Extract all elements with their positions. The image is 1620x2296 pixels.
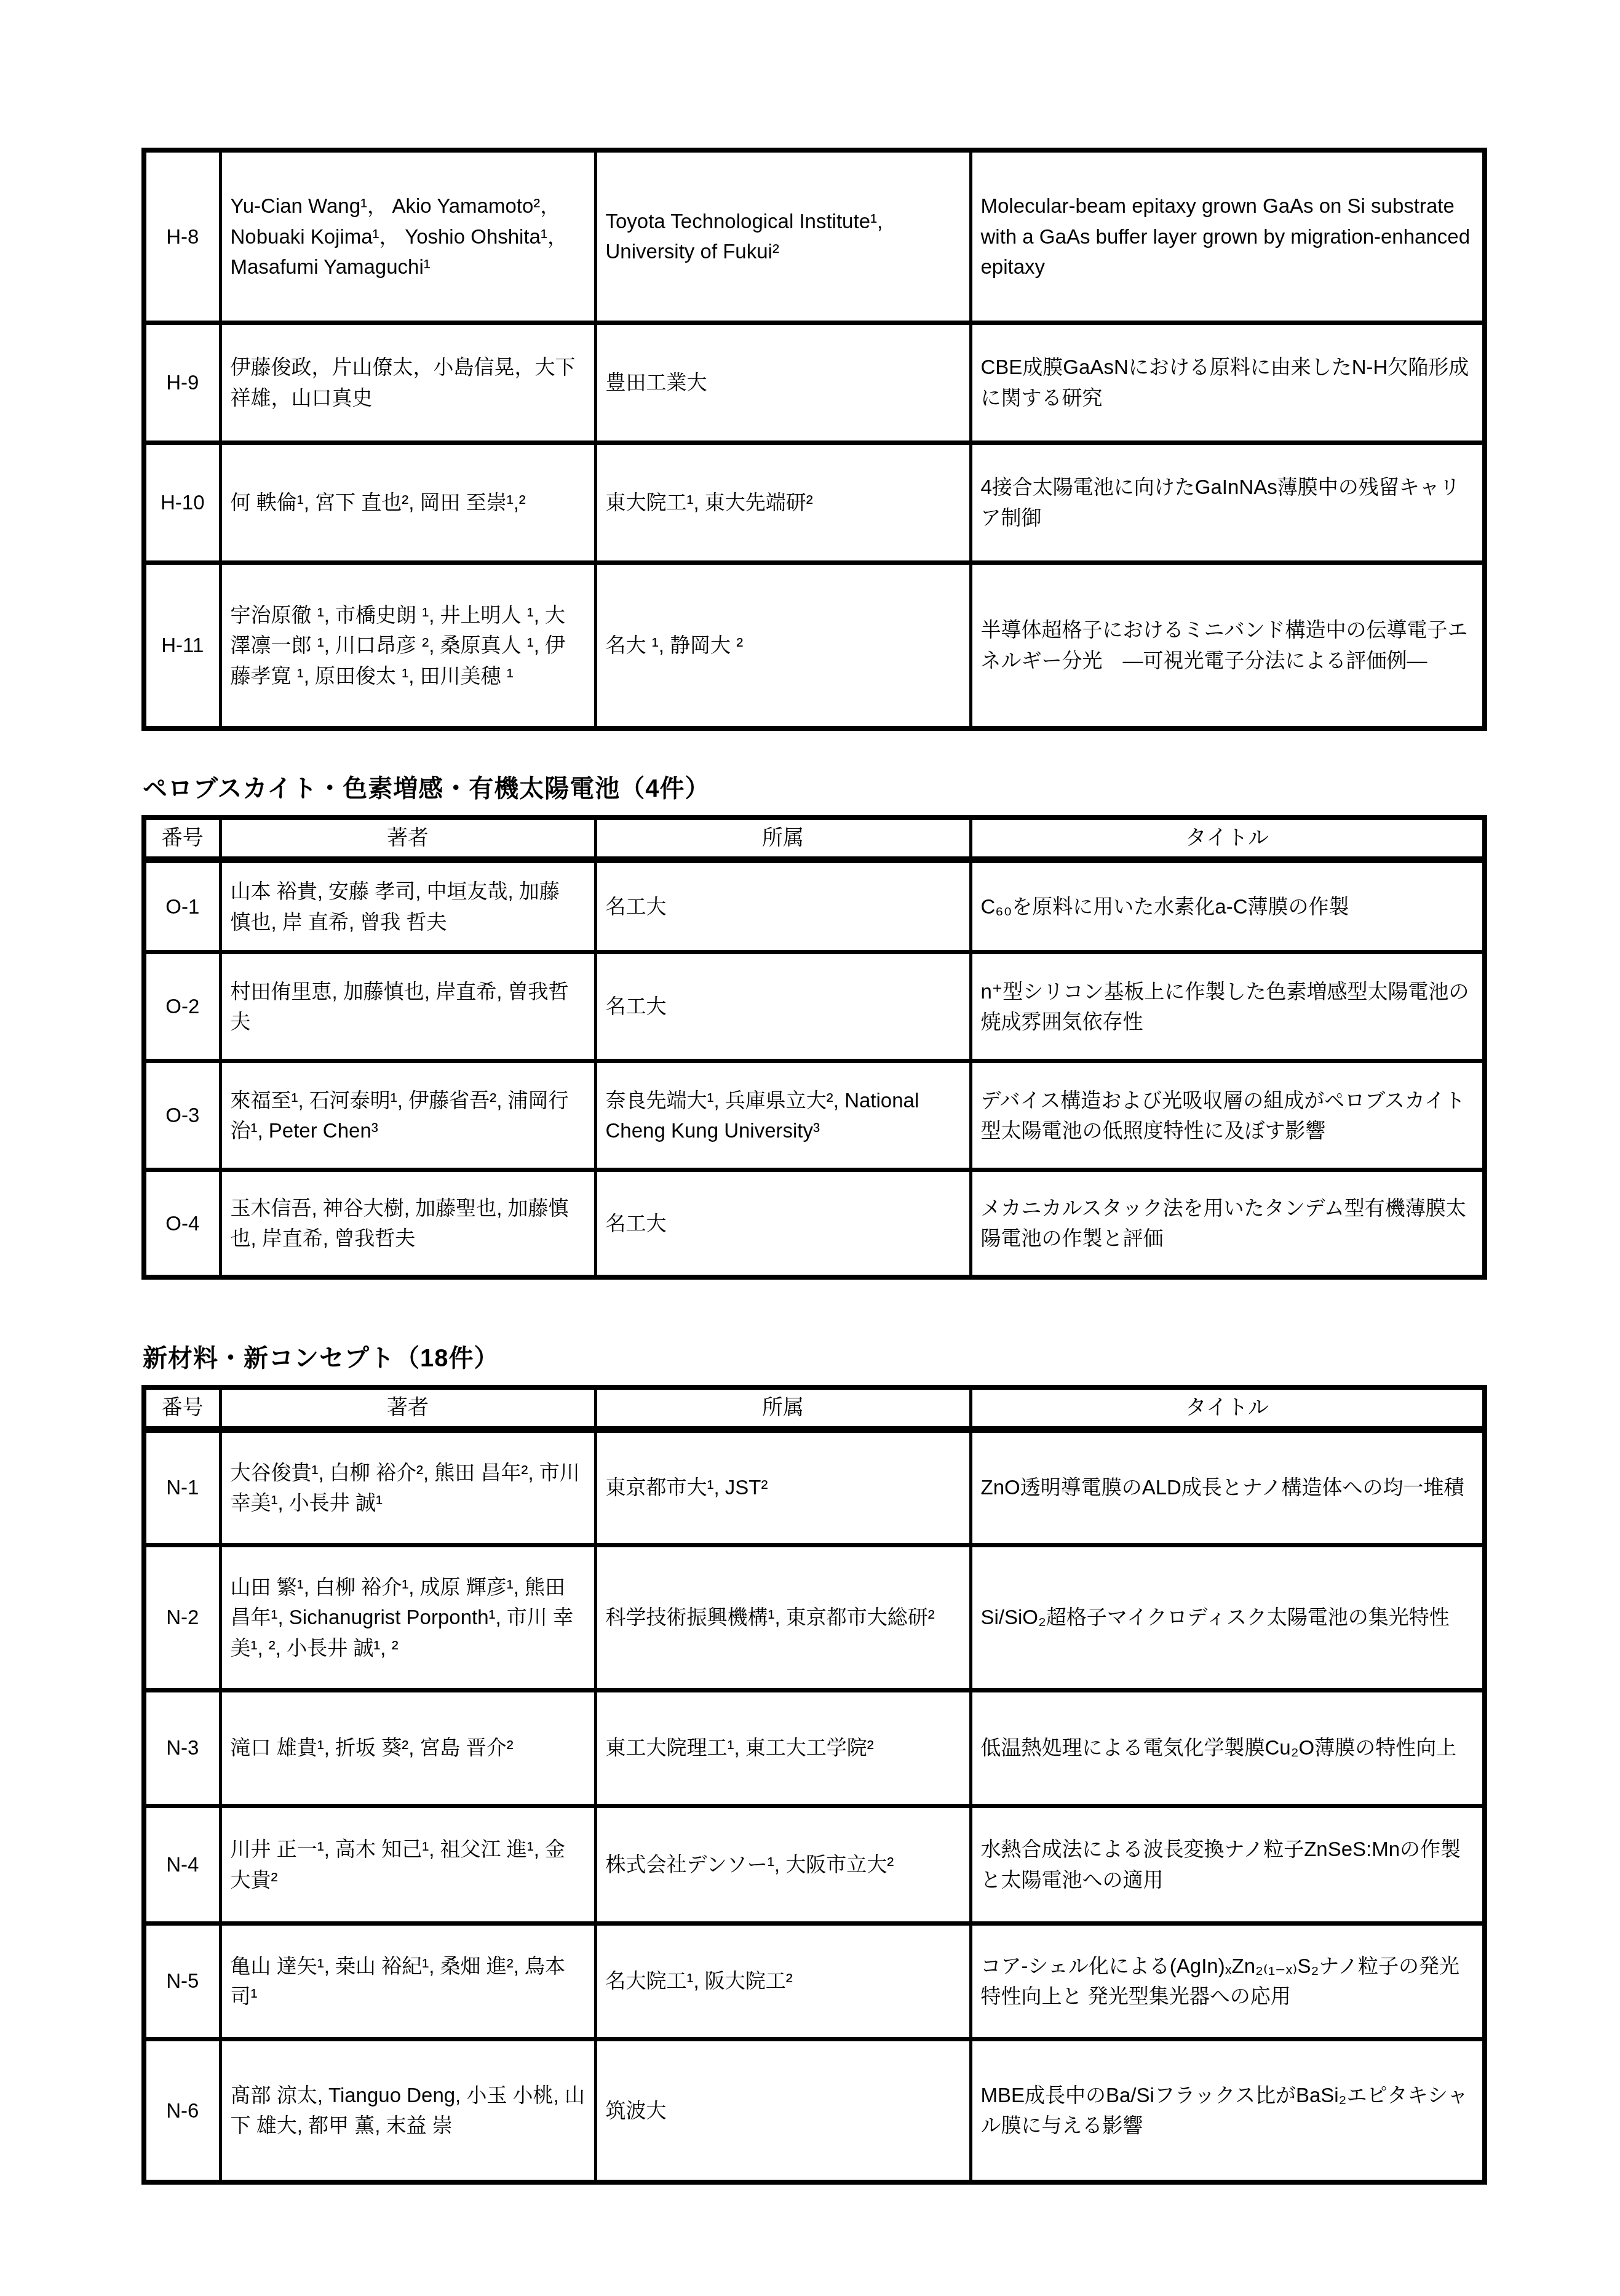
program-content: H-8 Yu-Cian Wang¹， Akio Yamamoto²， Nobua… <box>141 148 1482 2185</box>
row-number-cell: N-1 <box>144 1429 220 1545</box>
header-affiliation: 所属 <box>595 818 971 860</box>
authors-cell: 川井 正一¹, 高木 知己¹, 祖父江 進¹, 金 大貴² <box>220 1806 595 1923</box>
paper-title-cell: Si/SiO₂超格子マイクロディスク太陽電池の集光特性 <box>971 1545 1485 1690</box>
document-page: H-8 Yu-Cian Wang¹， Akio Yamamoto²， Nobua… <box>0 0 1620 2296</box>
paper-title-cell: 半導体超格子におけるミニバンド構造中の伝導電子エネルギー分光 ―可視光電子分法に… <box>971 562 1485 728</box>
session-n-table: 番号 著者 所属 タイトル N-1 大谷俊貴¹, 白柳 裕介², 熊田 昌年²,… <box>141 1385 1487 2185</box>
header-number: 番号 <box>144 1387 220 1430</box>
table-row: O-1 山本 裕貴, 安藤 孝司, 中垣友哉, 加藤 慎也, 岸 直希, 曾我 … <box>144 860 1485 952</box>
table-row: N-5 亀山 達矢¹, 桒山 裕紀¹, 桑畑 進², 鳥本 司¹ 名大院工¹, … <box>144 1923 1485 2039</box>
table-row: O-2 村田侑里恵, 加藤慎也, 岸直希, 曽我哲夫 名工大 n⁺型シリコン基板… <box>144 952 1485 1061</box>
affiliation-cell: 株式会社デンソー¹, 大阪市立大² <box>595 1806 971 1923</box>
table-row: N-4 川井 正一¹, 高木 知己¹, 祖父江 進¹, 金 大貴² 株式会社デン… <box>144 1806 1485 1923</box>
affiliation-cell: 名工大 <box>595 952 971 1061</box>
row-number-cell: H-9 <box>144 322 220 442</box>
affiliation-cell: 科学技術振興機構¹, 東京都市大総研² <box>595 1545 971 1690</box>
authors-cell: Yu-Cian Wang¹， Akio Yamamoto²， Nobuaki K… <box>220 150 595 322</box>
authors-cell: 亀山 達矢¹, 桒山 裕紀¹, 桑畑 進², 鳥本 司¹ <box>220 1923 595 2039</box>
header-title: タイトル <box>971 1387 1485 1430</box>
affiliation-cell: 名大 ¹, 静岡大 ² <box>595 562 971 728</box>
affiliation-cell: 名工大 <box>595 1170 971 1277</box>
header-affiliation: 所属 <box>595 1387 971 1430</box>
header-authors: 著者 <box>220 818 595 860</box>
table-header-row: 番号 著者 所属 タイトル <box>144 818 1485 860</box>
table-row: N-2 山田 繁¹, 白柳 裕介¹, 成原 輝彦¹, 熊田 昌年¹, Sicha… <box>144 1545 1485 1690</box>
row-number-cell: H-8 <box>144 150 220 322</box>
header-number: 番号 <box>144 818 220 860</box>
paper-title-cell: CBE成膜GaAsNにおける原料に由来したN-H欠陥形成に関する研究 <box>971 322 1485 442</box>
affiliation-cell: 東工大院理工¹, 東工大工学院² <box>595 1690 971 1806</box>
row-number-cell: O-1 <box>144 860 220 952</box>
paper-title-cell: MBE成長中のBa/Siフラックス比がBaSi₂エピタキシャル膜に与える影響 <box>971 2039 1485 2182</box>
paper-title-cell: コア-シェル化による(AgIn)ₓZn₂₍₁₋ₓ₎S₂ナノ粒子の発光特性向上と … <box>971 1923 1485 2039</box>
authors-cell: 山田 繁¹, 白柳 裕介¹, 成原 輝彦¹, 熊田 昌年¹, Sichanugr… <box>220 1545 595 1690</box>
header-title: タイトル <box>971 818 1485 860</box>
authors-cell: 伊藤俊政，片山僚太，小島信晃，大下祥雄，山口真史 <box>220 322 595 442</box>
authors-cell: 山本 裕貴, 安藤 孝司, 中垣友哉, 加藤 慎也, 岸 直希, 曾我 哲夫 <box>220 860 595 952</box>
row-number-cell: N-6 <box>144 2039 220 2182</box>
row-number-cell: N-4 <box>144 1806 220 1923</box>
authors-cell: 玉木信吾, 神谷大樹, 加藤聖也, 加藤慎也, 岸直希, 曾我哲夫 <box>220 1170 595 1277</box>
section-heading-new-materials: 新材料・新コンセプト（18件） <box>143 1339 1482 1374</box>
row-number-cell: N-5 <box>144 1923 220 2039</box>
table-row: N-3 滝口 雄貴¹, 折坂 葵², 宮島 晋介² 東工大院理工¹, 東工大工学… <box>144 1690 1485 1806</box>
authors-cell: 村田侑里恵, 加藤慎也, 岸直希, 曽我哲夫 <box>220 952 595 1061</box>
affiliation-cell: 東京都市大¹, JST² <box>595 1429 971 1545</box>
paper-title-cell: C₆₀を原料に用いた水素化a-C薄膜の作製 <box>971 860 1485 952</box>
authors-cell: 何 軼倫¹, 宮下 直也², 岡田 至崇¹,² <box>220 442 595 562</box>
session-o-table: 番号 著者 所属 タイトル O-1 山本 裕貴, 安藤 孝司, 中垣友哉, 加藤… <box>141 815 1487 1280</box>
paper-title-cell: 4接合太陽電池に向けたGaInNAs薄膜中の残留キャリア制御 <box>971 442 1485 562</box>
row-number-cell: O-4 <box>144 1170 220 1277</box>
affiliation-cell: 奈良先端大¹, 兵庫県立大², National Cheng Kung Univ… <box>595 1061 971 1170</box>
authors-cell: 宇治原徹 ¹, 市橋史朗 ¹, 井上明人 ¹, 大澤凛一郎 ¹, 川口昂彦 ²,… <box>220 562 595 728</box>
paper-title-cell: メカニカルスタック法を用いたタンデム型有機薄膜太陽電池の作製と評価 <box>971 1170 1485 1277</box>
row-number-cell: H-11 <box>144 562 220 728</box>
table-row: N-1 大谷俊貴¹, 白柳 裕介², 熊田 昌年², 市川 幸美¹, 小長井 誠… <box>144 1429 1485 1545</box>
table-header-row: 番号 著者 所属 タイトル <box>144 1387 1485 1430</box>
row-number-cell: O-2 <box>144 952 220 1061</box>
table-row: H-9 伊藤俊政，片山僚太，小島信晃，大下祥雄，山口真史 豊田工業大 CBE成膜… <box>144 322 1485 442</box>
paper-title-cell: ZnO透明導電膜のALD成長とナノ構造体への均一堆積 <box>971 1429 1485 1545</box>
paper-title-cell: 低温熱処理による電気化学製膜Cu₂O薄膜の特性向上 <box>971 1690 1485 1806</box>
table-row: O-3 來福至¹, 石河泰明¹, 伊藤省吾², 浦岡行治¹, Peter Che… <box>144 1061 1485 1170</box>
section-heading-perovskite: ペロブスカイト・色素増感・有機太陽電池（4件） <box>143 769 1482 804</box>
table-row: N-6 髙部 涼太, Tianguo Deng, 小玉 小桃, 山下 雄大, 都… <box>144 2039 1485 2182</box>
affiliation-cell: 名大院工¹, 阪大院工² <box>595 1923 971 2039</box>
table-row: H-11 宇治原徹 ¹, 市橋史朗 ¹, 井上明人 ¹, 大澤凛一郎 ¹, 川口… <box>144 562 1485 728</box>
paper-title-cell: n⁺型シリコン基板上に作製した色素増感型太陽電池の焼成雰囲気依存性 <box>971 952 1485 1061</box>
authors-cell: 髙部 涼太, Tianguo Deng, 小玉 小桃, 山下 雄大, 都甲 薫,… <box>220 2039 595 2182</box>
paper-title-cell: 水熱合成法による波長変換ナノ粒子ZnSeS:Mnの作製と太陽電池への適用 <box>971 1806 1485 1923</box>
affiliation-cell: 名工大 <box>595 860 971 952</box>
row-number-cell: N-2 <box>144 1545 220 1690</box>
session-h-table: H-8 Yu-Cian Wang¹， Akio Yamamoto²， Nobua… <box>141 148 1487 731</box>
affiliation-cell: 東大院工¹, 東大先端研² <box>595 442 971 562</box>
row-number-cell: H-10 <box>144 442 220 562</box>
affiliation-cell: 筑波大 <box>595 2039 971 2182</box>
authors-cell: 來福至¹, 石河泰明¹, 伊藤省吾², 浦岡行治¹, Peter Chen³ <box>220 1061 595 1170</box>
authors-cell: 滝口 雄貴¹, 折坂 葵², 宮島 晋介² <box>220 1690 595 1806</box>
affiliation-cell: Toyota Technological Institute¹, Univers… <box>595 150 971 322</box>
table-row: H-10 何 軼倫¹, 宮下 直也², 岡田 至崇¹,² 東大院工¹, 東大先端… <box>144 442 1485 562</box>
header-authors: 著者 <box>220 1387 595 1430</box>
authors-cell: 大谷俊貴¹, 白柳 裕介², 熊田 昌年², 市川 幸美¹, 小長井 誠¹ <box>220 1429 595 1545</box>
row-number-cell: N-3 <box>144 1690 220 1806</box>
table-row: O-4 玉木信吾, 神谷大樹, 加藤聖也, 加藤慎也, 岸直希, 曾我哲夫 名工… <box>144 1170 1485 1277</box>
affiliation-cell: 豊田工業大 <box>595 322 971 442</box>
paper-title-cell: デバイス構造および光吸収層の組成がペロブスカイト型太陽電池の低照度特性に及ぼす影… <box>971 1061 1485 1170</box>
row-number-cell: O-3 <box>144 1061 220 1170</box>
table-row: H-8 Yu-Cian Wang¹， Akio Yamamoto²， Nobua… <box>144 150 1485 322</box>
paper-title-cell: Molecular-beam epitaxy grown GaAs on Si … <box>971 150 1485 322</box>
